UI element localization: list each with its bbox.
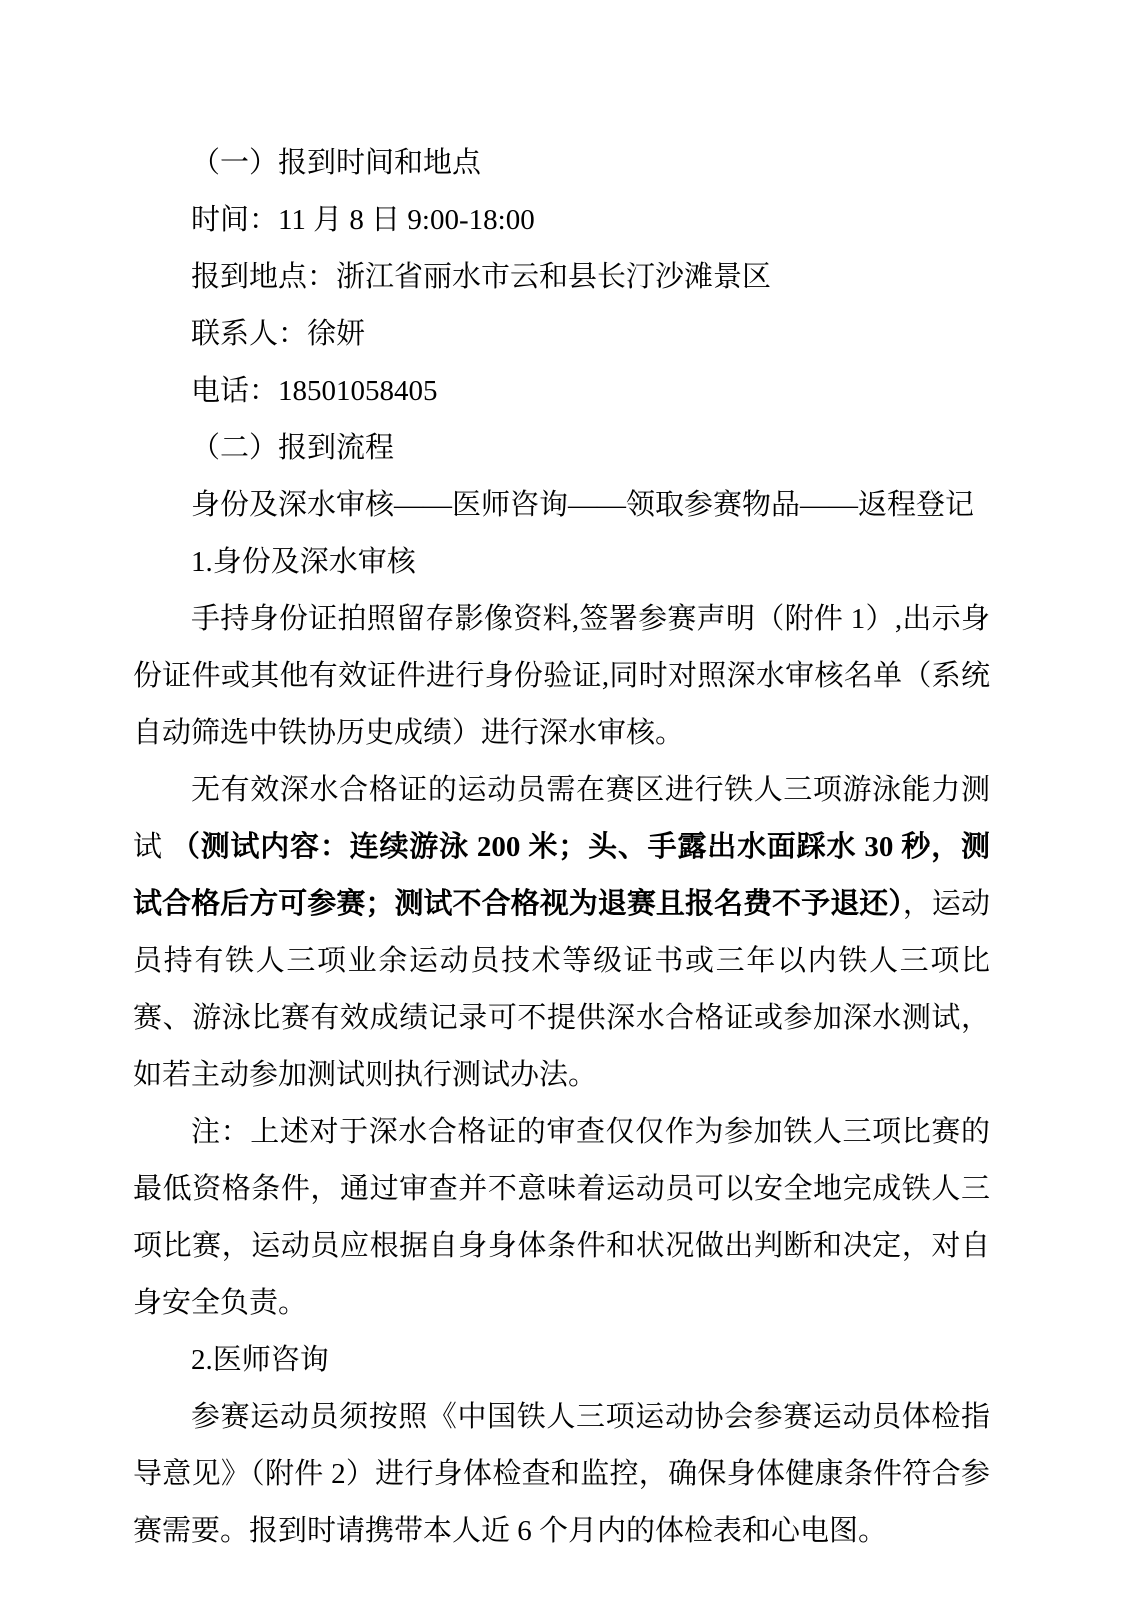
swim-test-bold-run: （测试内容：连续游泳 200 米；头、手露出水面踩水 30 秒，测试合格后方可参… xyxy=(133,831,990,920)
step1-note-paragraph: 注：上述对于深水合格证的审查仅仅作为参加铁人三项比赛的最低资格条件，通过审查并不… xyxy=(133,1104,990,1332)
step1-title: 1.身份及深水审核 xyxy=(133,534,990,591)
contact-person-line: 联系人：徐妍 xyxy=(133,306,990,363)
step2-title: 2.医师咨询 xyxy=(133,1332,990,1389)
checkin-flow-line: 身份及深水审核——医师咨询——领取参赛物品——返程登记 xyxy=(133,477,990,534)
step1-paragraph-swim-test: 无有效深水合格证的运动员需在赛区进行铁人三项游泳能力测试 （测试内容：连续游泳 … xyxy=(133,762,990,1104)
report-location-line: 报到地点：浙江省丽水市云和县长汀沙滩景区 xyxy=(133,249,990,306)
step1-paragraph-identity-check: 手持身份证拍照留存影像资料,签署参赛声明（附件 1）,出示身份证件或其他有效证件… xyxy=(133,591,990,762)
section-one-heading: （一）报到时间和地点 xyxy=(133,135,990,192)
document-page: （一）报到时间和地点 时间：11 月 8 日 9:00-18:00 报到地点：浙… xyxy=(0,0,1131,1600)
section-two-heading: （二）报到流程 xyxy=(133,420,990,477)
phone-line: 电话：18501058405 xyxy=(133,363,990,420)
step2-paragraph-doctor-consult: 参赛运动员须按照《中国铁人三项运动协会参赛运动员体检指导意见》（附件 2）进行身… xyxy=(133,1389,990,1560)
report-time-line: 时间：11 月 8 日 9:00-18:00 xyxy=(133,192,990,249)
